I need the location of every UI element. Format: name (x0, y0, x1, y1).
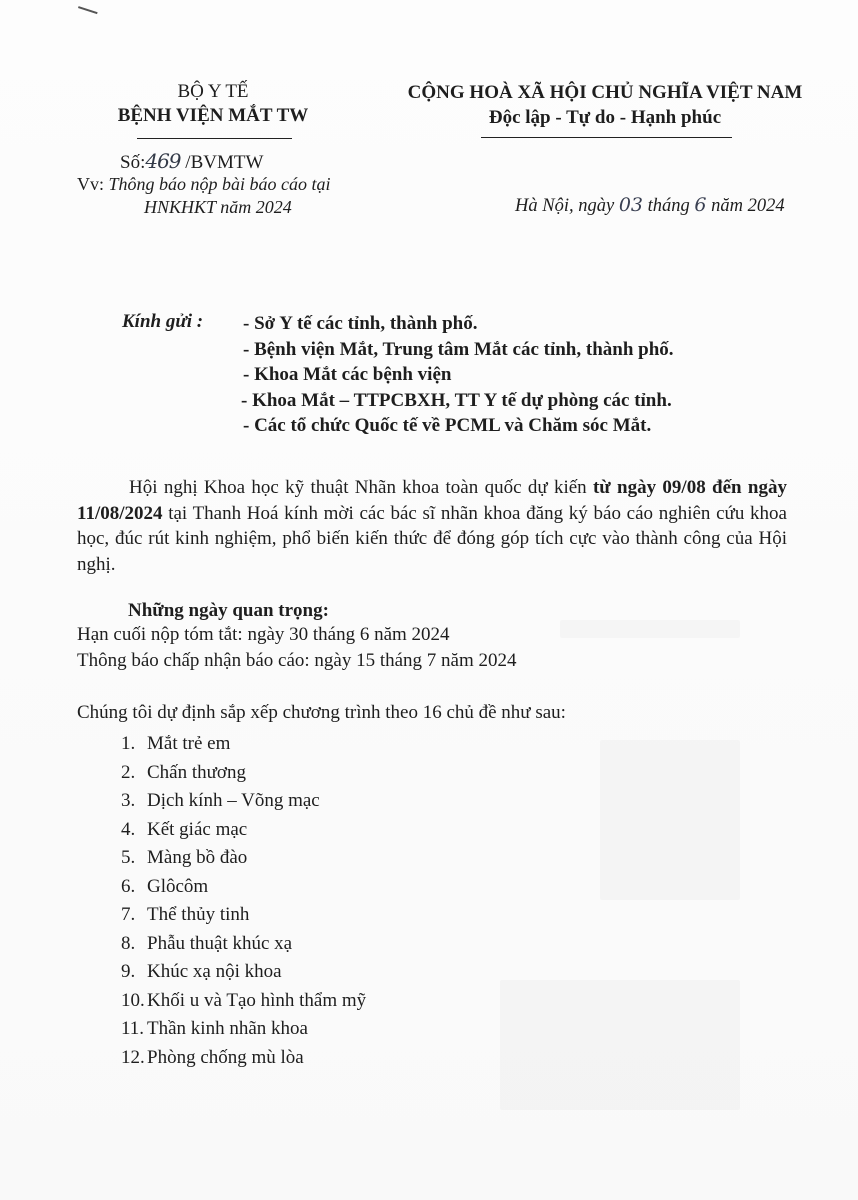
document-page: BỘ Y TẾ BỆNH VIỆN MẮT TW Số:469 /BVMTW V… (0, 0, 858, 1200)
topic-number: 7. (121, 901, 147, 930)
topic-number: 5. (121, 844, 147, 873)
topic-label: Kết giác mạc (147, 819, 247, 840)
hospital-name: BỆNH VIỆN MẮT TW (88, 104, 338, 128)
recipient-item: - Sở Y tế các tỉnh, thành phố. (243, 311, 674, 337)
topic-item: 4.Kết giác mạc (121, 816, 366, 845)
date-line: Hà Nội, ngày 03 tháng 6 năm 2024 (515, 194, 785, 217)
republic-title: CỘNG HOÀ XÃ HỘI CHỦ NGHĨA VIỆT NAM (405, 80, 805, 105)
divider (137, 138, 292, 139)
topic-number: 12. (121, 1044, 147, 1073)
month-handwritten: 6 (694, 194, 706, 216)
topic-item: 12.Phòng chống mù lòa (121, 1044, 366, 1073)
doc-number-suffix: /BVMTW (181, 152, 264, 173)
month-prefix: tháng (643, 196, 694, 216)
subject: Vv: Thông báo nộp bài báo cáo tại HNKHKT… (77, 173, 347, 219)
bleed-through (560, 620, 740, 638)
topic-label: Mắt trẻ em (147, 733, 230, 754)
topic-item: 10.Khối u và Tạo hình thẩm mỹ (121, 987, 366, 1016)
topic-item: 1.Mắt trẻ em (121, 730, 366, 759)
national-motto: Độc lập - Tự do - Hạnh phúc (405, 105, 805, 130)
abstract-deadline: Hạn cuối nộp tóm tắt: ngày 30 tháng 6 nă… (77, 624, 450, 646)
bleed-through (600, 740, 740, 900)
topic-label: Thể thủy tinh (147, 904, 249, 925)
divider (481, 137, 732, 138)
topics-list: 1.Mắt trẻ em2.Chấn thương3.Dịch kính – V… (121, 730, 366, 1072)
topic-label: Thần kinh nhãn khoa (147, 1018, 308, 1039)
topic-label: Phẫu thuật khúc xạ (147, 933, 292, 954)
topic-item: 3.Dịch kính – Võng mạc (121, 787, 366, 816)
topic-number: 6. (121, 873, 147, 902)
subject-prefix: Vv: (77, 174, 109, 194)
recipient-item: - Khoa Mắt các bệnh viện (243, 362, 674, 388)
bleed-through (500, 980, 740, 1110)
topics-intro: Chúng tôi dự định sắp xếp chương trình t… (77, 702, 566, 724)
topic-label: Phòng chống mù lòa (147, 1047, 304, 1068)
body-paragraph: Hội nghị Khoa học kỹ thuật Nhãn khoa toà… (77, 475, 787, 577)
topic-label: Glôcôm (147, 876, 208, 897)
topic-number: 10. (121, 987, 147, 1016)
topic-item: 6.Glôcôm (121, 873, 366, 902)
topic-item: 9.Khúc xạ nội khoa (121, 958, 366, 987)
paragraph-text: Hội nghị Khoa học kỹ thuật Nhãn khoa toà… (129, 477, 593, 498)
topic-item: 5.Màng bồ đào (121, 844, 366, 873)
doc-number-label: Số: (120, 152, 145, 173)
topic-number: 8. (121, 930, 147, 959)
pen-mark (78, 0, 99, 14)
topic-label: Dịch kính – Võng mạc (147, 790, 320, 811)
doc-number-handwritten: 469 (145, 149, 180, 173)
paragraph-text: tại Thanh Hoá kính mời các bác sĩ nhãn k… (77, 503, 787, 575)
topic-number: 9. (121, 958, 147, 987)
recipients-list: - Sở Y tế các tỉnh, thành phố. - Bệnh vi… (243, 311, 674, 439)
day-handwritten: 03 (619, 194, 643, 216)
recipient-item: - Các tổ chức Quốc tế về PCML và Chăm só… (243, 413, 674, 439)
topic-label: Chấn thương (147, 762, 246, 783)
topic-item: 11.Thần kinh nhãn khoa (121, 1015, 366, 1044)
topic-number: 11. (121, 1015, 147, 1044)
ministry-name: BỘ Y TẾ (88, 80, 338, 104)
document-number: Số:469 /BVMTW (120, 149, 263, 175)
important-dates-title: Những ngày quan trọng: (128, 600, 329, 622)
recipient-item: - Khoa Mắt – TTPCBXH, TT Y tế dự phòng c… (241, 388, 674, 414)
subject-line-1: Thông báo nộp bài báo cáo tại (109, 174, 331, 194)
acceptance-notice: Thông báo chấp nhận báo cáo: ngày 15 thá… (77, 650, 517, 672)
subject-line-2: HNKHKT năm 2024 (144, 197, 292, 217)
topic-label: Màng bồ đào (147, 847, 247, 868)
date-prefix: Hà Nội, ngày (515, 196, 619, 216)
topic-label: Khối u và Tạo hình thẩm mỹ (147, 990, 366, 1011)
topic-number: 3. (121, 787, 147, 816)
year-text: năm 2024 (706, 196, 784, 216)
issuer-block: BỘ Y TẾ BỆNH VIỆN MẮT TW (88, 80, 338, 128)
topic-label: Khúc xạ nội khoa (147, 961, 282, 982)
recipients-label: Kính gửi : (122, 311, 203, 333)
topic-item: 7.Thể thủy tinh (121, 901, 366, 930)
topic-item: 2.Chấn thương (121, 759, 366, 788)
recipient-item: - Bệnh viện Mắt, Trung tâm Mắt các tỉnh,… (243, 337, 674, 363)
topic-number: 1. (121, 730, 147, 759)
topic-number: 2. (121, 759, 147, 788)
topic-item: 8.Phẫu thuật khúc xạ (121, 930, 366, 959)
topic-number: 4. (121, 816, 147, 845)
national-header: CỘNG HOÀ XÃ HỘI CHỦ NGHĨA VIỆT NAM Độc l… (405, 80, 805, 130)
